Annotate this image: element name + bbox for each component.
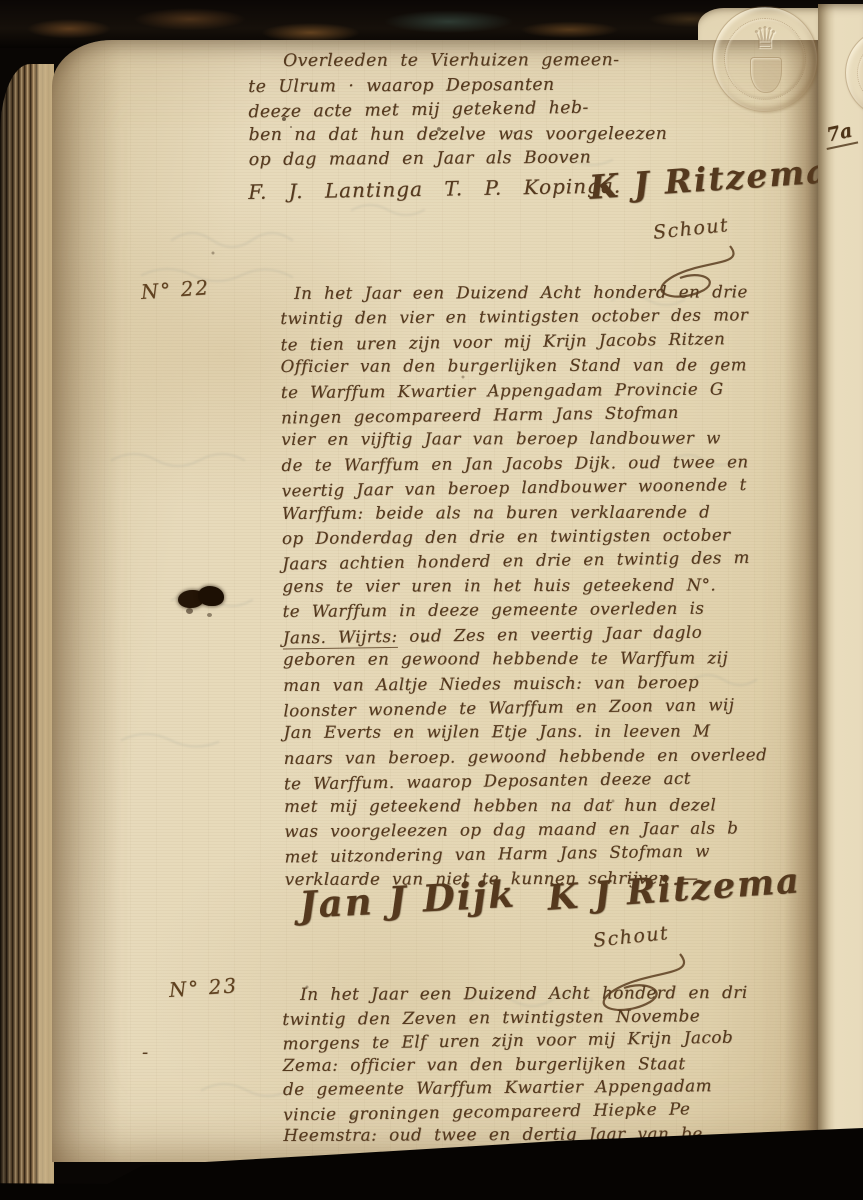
manuscript-line: Overleeden te Vierhuizen gemeen-	[248, 48, 667, 74]
margin-mark: -	[142, 1042, 148, 1063]
archival-scan: Overleeden te Vierhuizen gemeen- te Ulru…	[0, 0, 863, 1200]
entry23-text: In het Jaar een Duizend Acht honderd en …	[282, 980, 749, 1149]
ink-specks	[52, 40, 54, 42]
manuscript-line-rest: oud Zes en veertig Jaar daglo	[397, 622, 702, 645]
crown-icon: ♛	[713, 21, 817, 56]
entry23-number: N° 23	[168, 973, 239, 1002]
witness-signatures-entry21: F. J. Lantinga T. P. Kopinga.	[248, 173, 621, 204]
manuscript-line: te Warffum. waarop Deposanten deeze act	[284, 766, 768, 797]
ink-blot	[176, 580, 232, 624]
next-page-edge	[818, 4, 863, 1144]
manuscript-line: ben na dat hun dezelve was voorgeleezen	[249, 121, 668, 147]
entry22-number: N° 22	[140, 275, 211, 304]
manuscript-line: met mij geteekend hebben na dat hun deze…	[284, 793, 768, 819]
deceased-name-underlined: Jans. Wijrts:	[283, 627, 398, 650]
manuscript-line: Jan Everts en wijlen Etje Jans. in leeve…	[283, 720, 767, 746]
manuscript-line: In het Jaar een Duizend Acht honderd en …	[280, 280, 764, 306]
manuscript-line: vier en vijftig Jaar van beroep landbouw…	[281, 427, 765, 453]
entry22-text: In het Jaar een Duizend Acht honderd en …	[280, 279, 768, 893]
register-page: Overleeden te Vierhuizen gemeen- te Ulru…	[52, 40, 818, 1162]
ink-blot-spot	[198, 586, 224, 606]
manuscript-line: Officier van den burgerlijken Stand van …	[281, 353, 765, 379]
manuscript-line: veertig Jaar van beroep landbouwer woone…	[281, 473, 765, 504]
manuscript-line: geboren en gewoond hebbende te Warffum z…	[283, 646, 767, 672]
manuscript-line: In het Jaar een Duizend Acht honderd en …	[282, 981, 748, 1007]
manuscript-line: Zema: officier van den burgerlijken Staa…	[283, 1051, 749, 1077]
manuscript-line: gens te vier uren in het huis geteekend …	[282, 573, 766, 599]
embossed-crown-seal-icon: ♛	[712, 6, 818, 112]
manuscript-line: deeze acte met mij getekend heb-	[248, 95, 667, 125]
ink-blot-speck	[186, 608, 193, 614]
seal-inner-ring	[857, 40, 863, 106]
manuscript-line: Warffum: beide als na buren verklaarende…	[282, 500, 766, 526]
book-page-edges	[0, 64, 54, 1190]
entry21-closing-text: Overleeden te Vierhuizen gemeen- te Ulru…	[248, 47, 668, 172]
